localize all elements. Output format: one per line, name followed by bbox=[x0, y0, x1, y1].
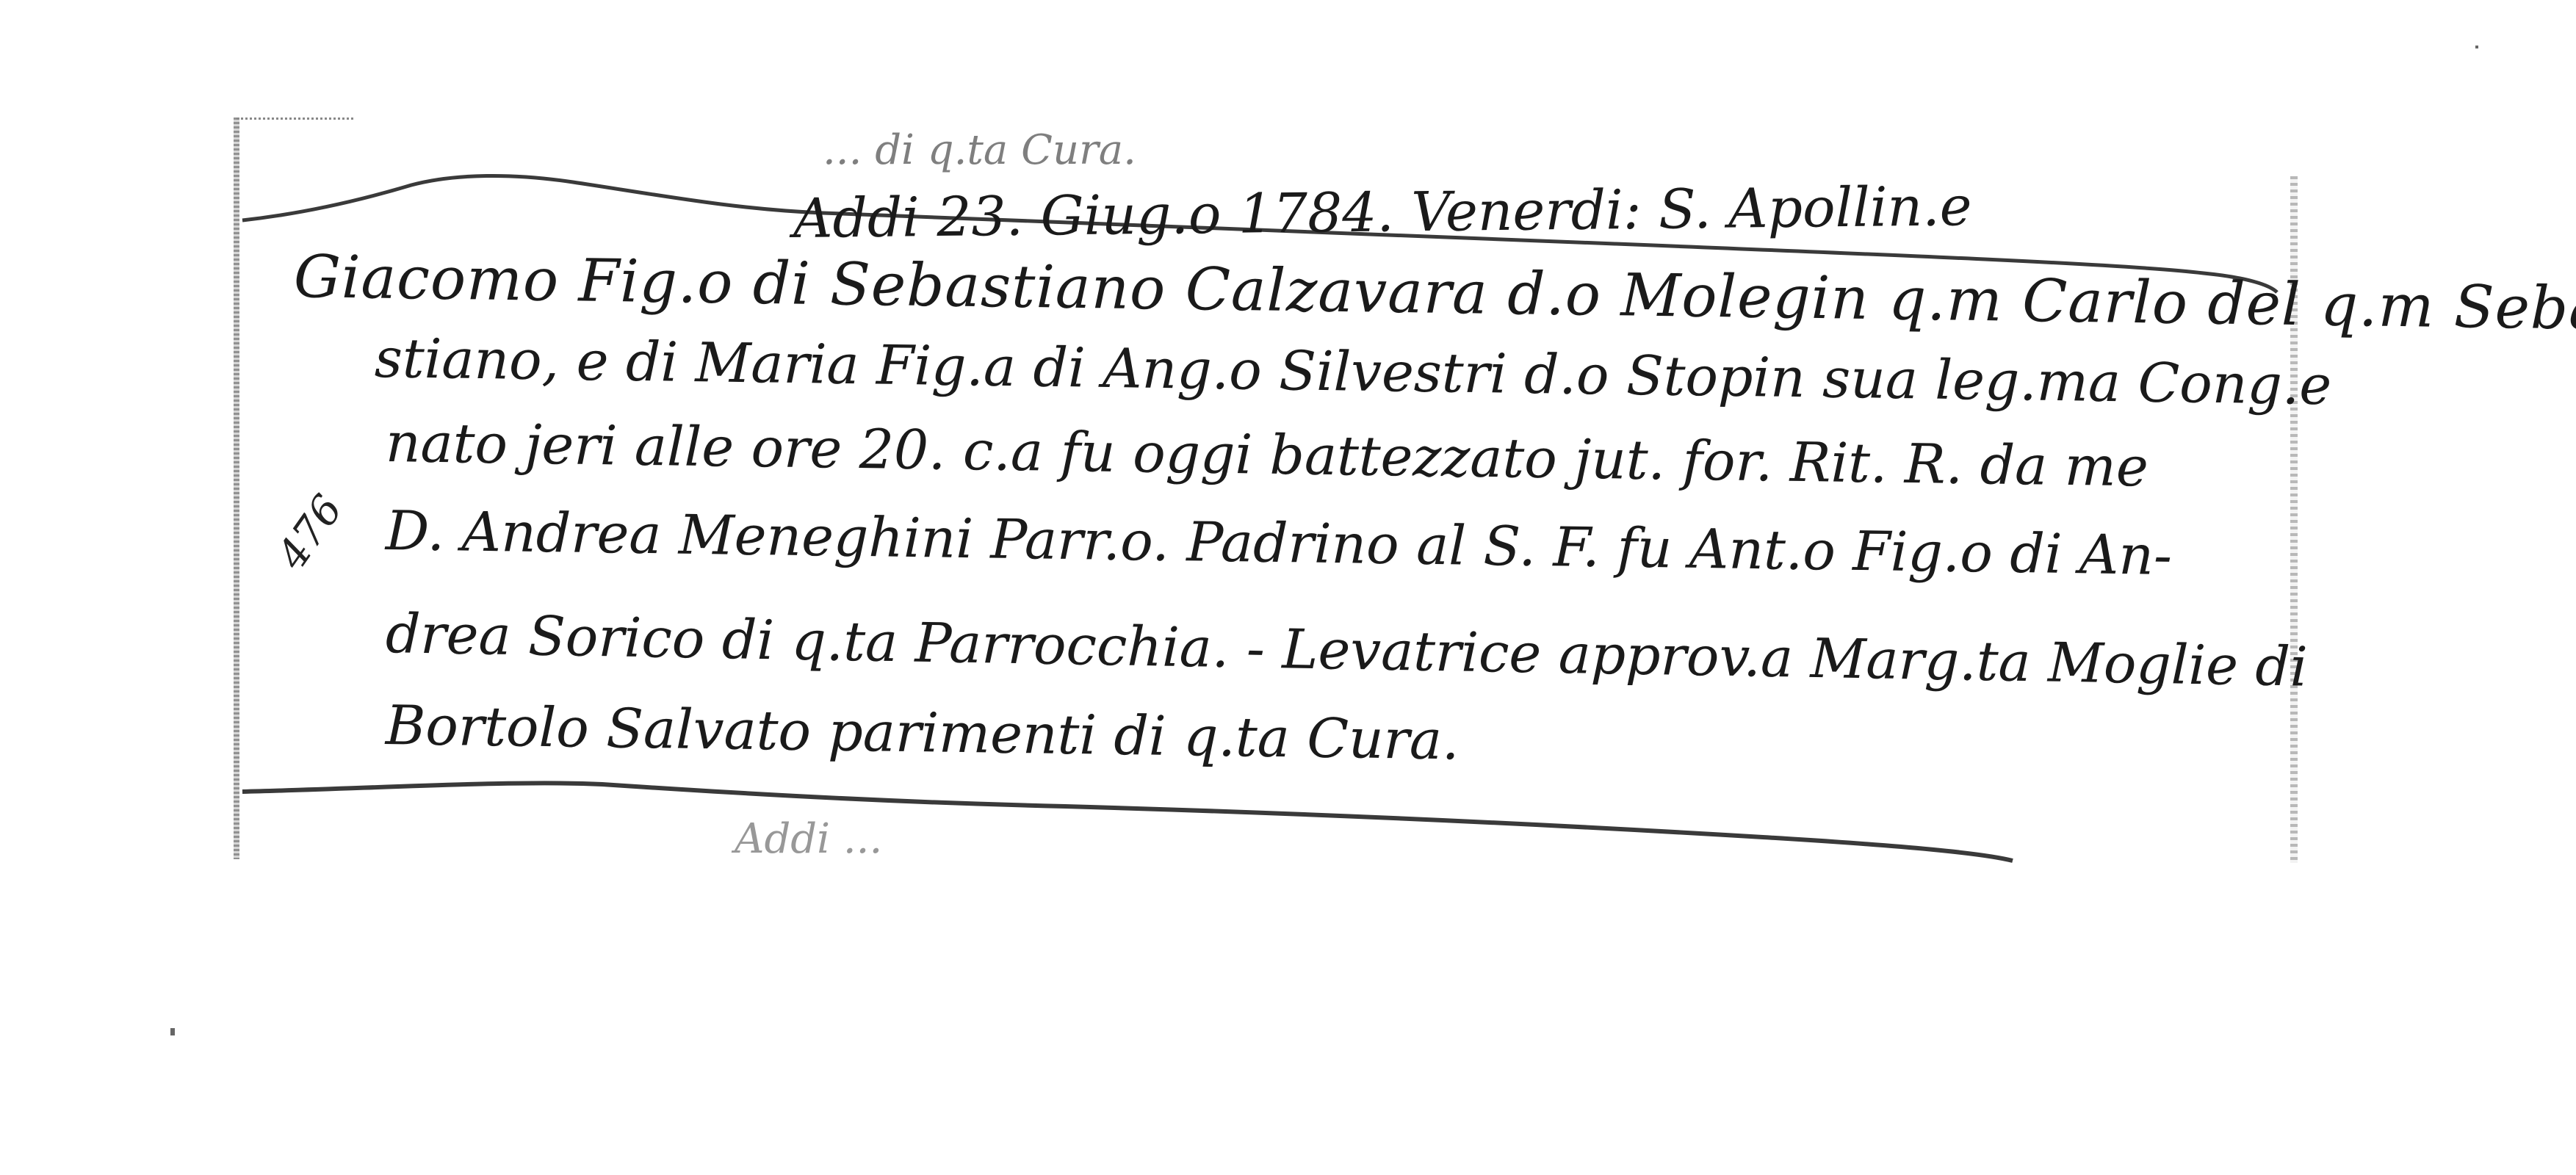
next-entry-fragment: Addi ... bbox=[735, 815, 882, 863]
previous-entry-fragment: ... di q.ta Cura. bbox=[823, 126, 1136, 174]
scan-speck bbox=[170, 1028, 175, 1035]
entry-date-header: Addi 23. Giug.o 1784. Venerdi: S. Apolli… bbox=[793, 175, 1972, 250]
bottom-separator-line bbox=[242, 783, 2013, 861]
entry-separator-rules bbox=[0, 0, 2576, 1175]
scan-speck bbox=[2475, 46, 2478, 48]
scanned-register-page: ... di q.ta Cura. Addi 23. Giug.o 1784. … bbox=[0, 0, 2576, 1175]
